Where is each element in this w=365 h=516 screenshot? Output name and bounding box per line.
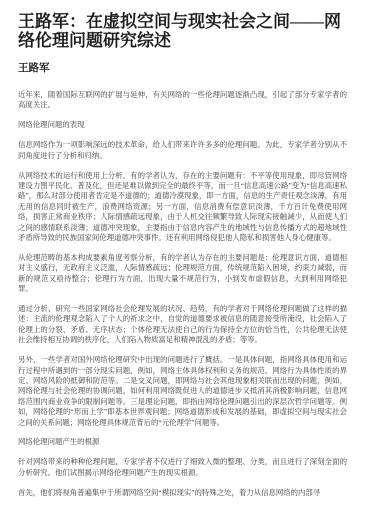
paragraph: 近年来，随着国际互联网的扩展与延伸，有关网络的一些伦理问题逐渐凸现，引起了部分专… bbox=[18, 90, 347, 111]
document-page: 王路军：在虚拟空间与现实社会之间——网络伦理问题研究综述 王路军 近年来，随着国… bbox=[0, 0, 365, 516]
paragraph: 针对网络带来的种种伦理问题，专家学者不仅进行了细致入微的整理、分类，而且进行了深… bbox=[18, 457, 347, 478]
paragraph: 从伦理范畴的基本构成要素角度考察分析，有的学者认为存在的主要问题是：伦理意识方面… bbox=[18, 253, 347, 295]
paragraph: 信息网络作为一项影响深远的技术革命，给人们带来许许多多的伦理问题。为此，专家学者… bbox=[18, 140, 347, 161]
author-name: 王路军 bbox=[18, 63, 347, 75]
section-heading-manifestations: 网络伦理问题的表现 bbox=[18, 120, 347, 130]
paragraph: 通过分析、研究一些国家网络社会伦理发展的状况、趋势，有的学者对于网络伦理问题做了… bbox=[18, 304, 347, 346]
section-heading-roots: 网络伦理问题产生的根源 bbox=[18, 437, 347, 447]
article-title: 王路军：在虚拟空间与现实社会之间——网络伦理问题研究综述 bbox=[18, 12, 347, 50]
paragraph: 另外，一些学者对国外网络伦理研究中出现的问题进行了概括。一是具体问题，指网络具体… bbox=[18, 355, 347, 428]
paragraph: 从网络技术的运行和使用上分析，有的学者认为，存在的主要问题有：不平等使用现象，即… bbox=[18, 171, 347, 244]
article-body: 近年来，随着国际互联网的扩展与延伸，有关网络的一些伦理问题逐渐凸现，引起了部分专… bbox=[18, 90, 347, 498]
paragraph: 首先，他们将视角普遍集中于所谓网络空间“模拟现实”的特殊之处，着力从信息网络的内… bbox=[18, 488, 347, 498]
